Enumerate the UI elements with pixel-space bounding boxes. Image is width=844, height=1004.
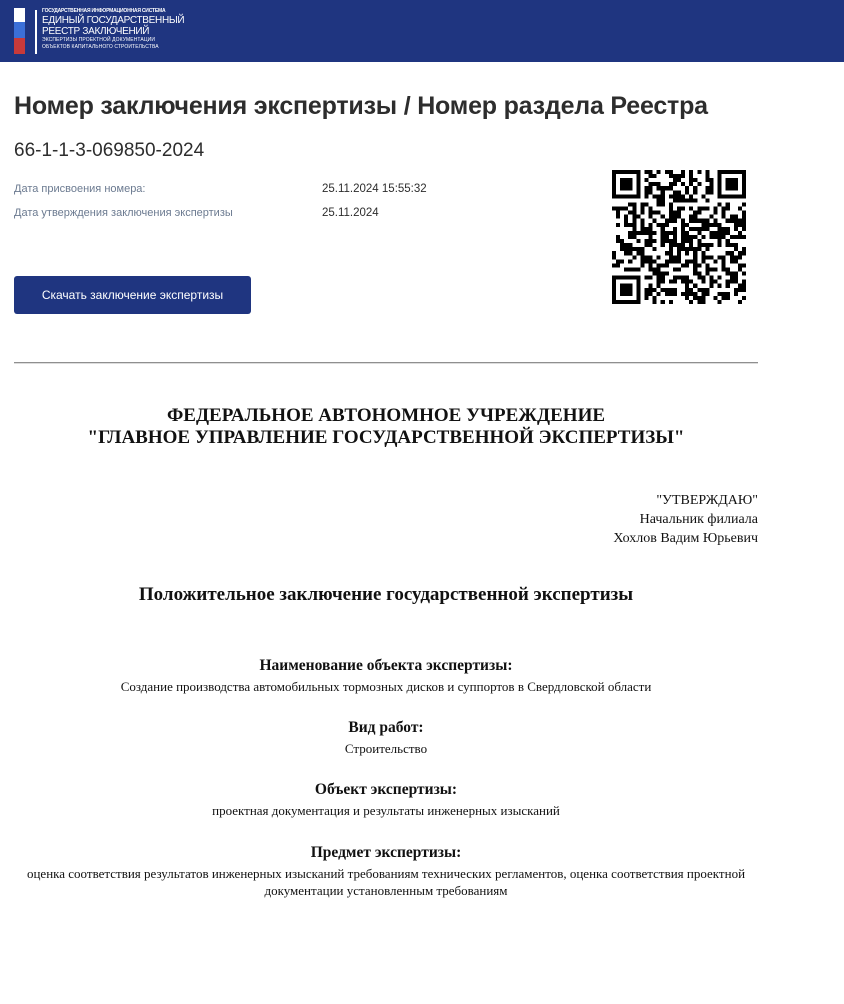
section-expertise-object: Объект экспертизы: проектная документаци… [14, 780, 758, 819]
section-value: Создание производства автомобильных торм… [14, 678, 758, 695]
approver-name: Хохлов Вадим Юрьевич [613, 529, 758, 548]
info-value: 25.11.2024 [322, 207, 379, 219]
site-logo[interactable]: ГОСУДАРСТВЕННАЯ ИНФОРМАЦИОННАЯ СИСТЕМА Е… [14, 8, 25, 54]
info-label: Дата утверждения заключения экспертизы [14, 207, 233, 219]
section-object-name: Наименование объекта экспертизы: Создани… [14, 656, 758, 695]
logo-text: ГОСУДАРСТВЕННАЯ ИНФОРМАЦИОННАЯ СИСТЕМА Е… [42, 8, 222, 51]
org-line-1: ФЕДЕРАЛЬНОЕ АВТОНОМНОЕ УЧРЕЖДЕНИЕ [14, 405, 758, 427]
section-work-type: Вид работ: Строительство [14, 718, 758, 757]
download-conclusion-button[interactable]: Скачать заключение экспертизы [14, 276, 251, 314]
registry-number: 66-1-1-3-069850-2024 [14, 140, 204, 162]
approval-block: "УТВЕРЖДАЮ" Начальник филиала Хохлов Вад… [613, 491, 758, 548]
section-expertise-subject: Предмет экспертизы: оценка соответствия … [14, 843, 758, 899]
info-value: 25.11.2024 15:55:32 [322, 183, 427, 195]
logo-line-3: РЕЕСТР ЗАКЛЮЧЕНИЙ [42, 26, 222, 37]
section-value: проектная документация и результаты инже… [14, 802, 758, 819]
top-header-bar: ГОСУДАРСТВЕННАЯ ИНФОРМАЦИОННАЯ СИСТЕМА Е… [0, 0, 844, 62]
section-value: оценка соответствия результатов инженерн… [14, 865, 758, 899]
organization-name: ФЕДЕРАЛЬНОЕ АВТОНОМНОЕ УЧРЕЖДЕНИЕ "ГЛАВН… [14, 405, 758, 449]
approve-stamp: "УТВЕРЖДАЮ" [613, 491, 758, 510]
section-heading: Предмет экспертизы: [14, 843, 758, 863]
org-line-2: "ГЛАВНОЕ УПРАВЛЕНИЕ ГОСУДАРСТВЕННОЙ ЭКСП… [14, 427, 758, 449]
info-label: Дата присвоения номера: [14, 183, 145, 195]
logo-line-4: ЭКСПЕРТИЗЫ ПРОЕКТНОЙ ДОКУМЕНТАЦИИ [42, 37, 222, 44]
logo-separator [35, 10, 37, 54]
section-heading: Объект экспертизы: [14, 780, 758, 800]
document-title: Положительное заключение государственной… [14, 584, 758, 606]
section-heading: Вид работ: [14, 718, 758, 738]
logo-line-5: ОБЪЕКТОВ КАПИТАЛЬНОГО СТРОИТЕЛЬСТВА [42, 44, 222, 51]
section-heading: Наименование объекта экспертизы: [14, 656, 758, 676]
russian-flag-icon [14, 8, 25, 54]
qr-code-icon [612, 170, 746, 304]
page-title: Номер заключения экспертизы / Номер разд… [14, 92, 708, 121]
logo-line-2: ЕДИНЫЙ ГОСУДАРСТВЕННЫЙ [42, 15, 222, 26]
approver-position: Начальник филиала [613, 510, 758, 529]
section-divider [14, 362, 758, 364]
logo-line-1: ГОСУДАРСТВЕННАЯ ИНФОРМАЦИОННАЯ СИСТЕМА [42, 8, 222, 15]
section-value: Строительство [14, 740, 758, 757]
